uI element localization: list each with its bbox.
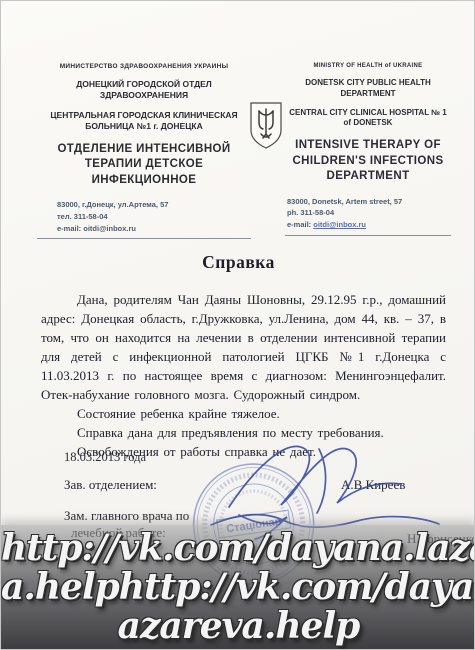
email-link-en: oitdi@inbox.ru — [313, 220, 366, 229]
hospital-name-en: CENTRAL CITY CLINICAL HOSPITAL № 1 of DO… — [285, 108, 451, 130]
body-paragraph-condition: Состояние ребенка крайне тяжелое. — [41, 404, 446, 423]
letterhead-right: MINISTRY OF HEALTH of UKRAINE DONETSK CI… — [285, 63, 451, 236]
body-paragraph-main: Дана, родителям Чан Даяны Шоновны, 29.12… — [41, 290, 446, 404]
contact-block-ru: 83000, г.Донецк, ул.Артема, 57 тел. 311-… — [37, 199, 251, 239]
scanned-certificate-photo: МИНИСТЕРСТВО ЗДРАВООХРАНЕНИЯ УКРАИНЫ ДОН… — [0, 0, 475, 650]
email-label-en: e-mail: — [287, 220, 313, 229]
city-department-en: DONETSK CITY PUBLIC HEALTH DEPARTMENT — [285, 78, 451, 100]
hospital-name-ru: ЦЕНТРАЛЬНАЯ ГОРОДСКАЯ КЛИНИЧЕСКАЯ БОЛЬНИ… — [37, 110, 251, 133]
ministry-line-en: MINISTRY OF HEALTH of UKRAINE — [285, 63, 451, 69]
issue-date: 18.03.2013 года — [64, 450, 146, 465]
phone-ru: тел. 311-58-04 — [57, 211, 251, 223]
head-of-department-label: Зав. отделением: — [64, 477, 157, 493]
document-title: Справка — [1, 252, 475, 273]
address-en: 83000, Donetsk, Artem street, 57 — [287, 196, 451, 208]
email-ru: e-mail: oitdi@inbox.ru — [57, 223, 251, 235]
watermark-line-3: azareva.help — [1, 605, 475, 647]
watermark-line-2: a.helphttp://vk.com/dayana.l — [1, 566, 475, 608]
unit-name-en: INTENSIVE THERAPY OF CHILDREN'S INFECTIO… — [285, 138, 451, 185]
phone-en: ph. 311-58-04 — [287, 207, 451, 219]
email-en: e-mail: oitdi@inbox.ru — [287, 219, 451, 231]
watermark-line-1: http://vk.com/dayana.lazarev — [1, 527, 475, 569]
address-ru: 83000, г.Донецк, ул.Артема, 57 — [57, 199, 251, 211]
ukraine-trident-emblem-icon — [248, 101, 284, 156]
letterhead-left: МИНИСТЕРСТВО ЗДРАВООХРАНЕНИЯ УКРАИНЫ ДОН… — [37, 63, 251, 239]
city-department-ru: ДОНЕЦКИЙ ГОРОДСКОЙ ОТДЕЛ ЗДРАВООХРАНЕНИЯ — [37, 79, 251, 102]
ministry-line-ru: МИНИСТЕРСТВО ЗДРАВООХРАНЕНИЯ УКРАИНЫ — [37, 63, 251, 70]
contact-block-en: 83000, Donetsk, Artem street, 57 ph. 311… — [285, 196, 451, 236]
unit-name-ru: ОТДЕЛЕНИЕ ИНТЕНСИВНОЙ ТЕРАПИИ ДЕТСКОЕ ИН… — [37, 142, 251, 189]
